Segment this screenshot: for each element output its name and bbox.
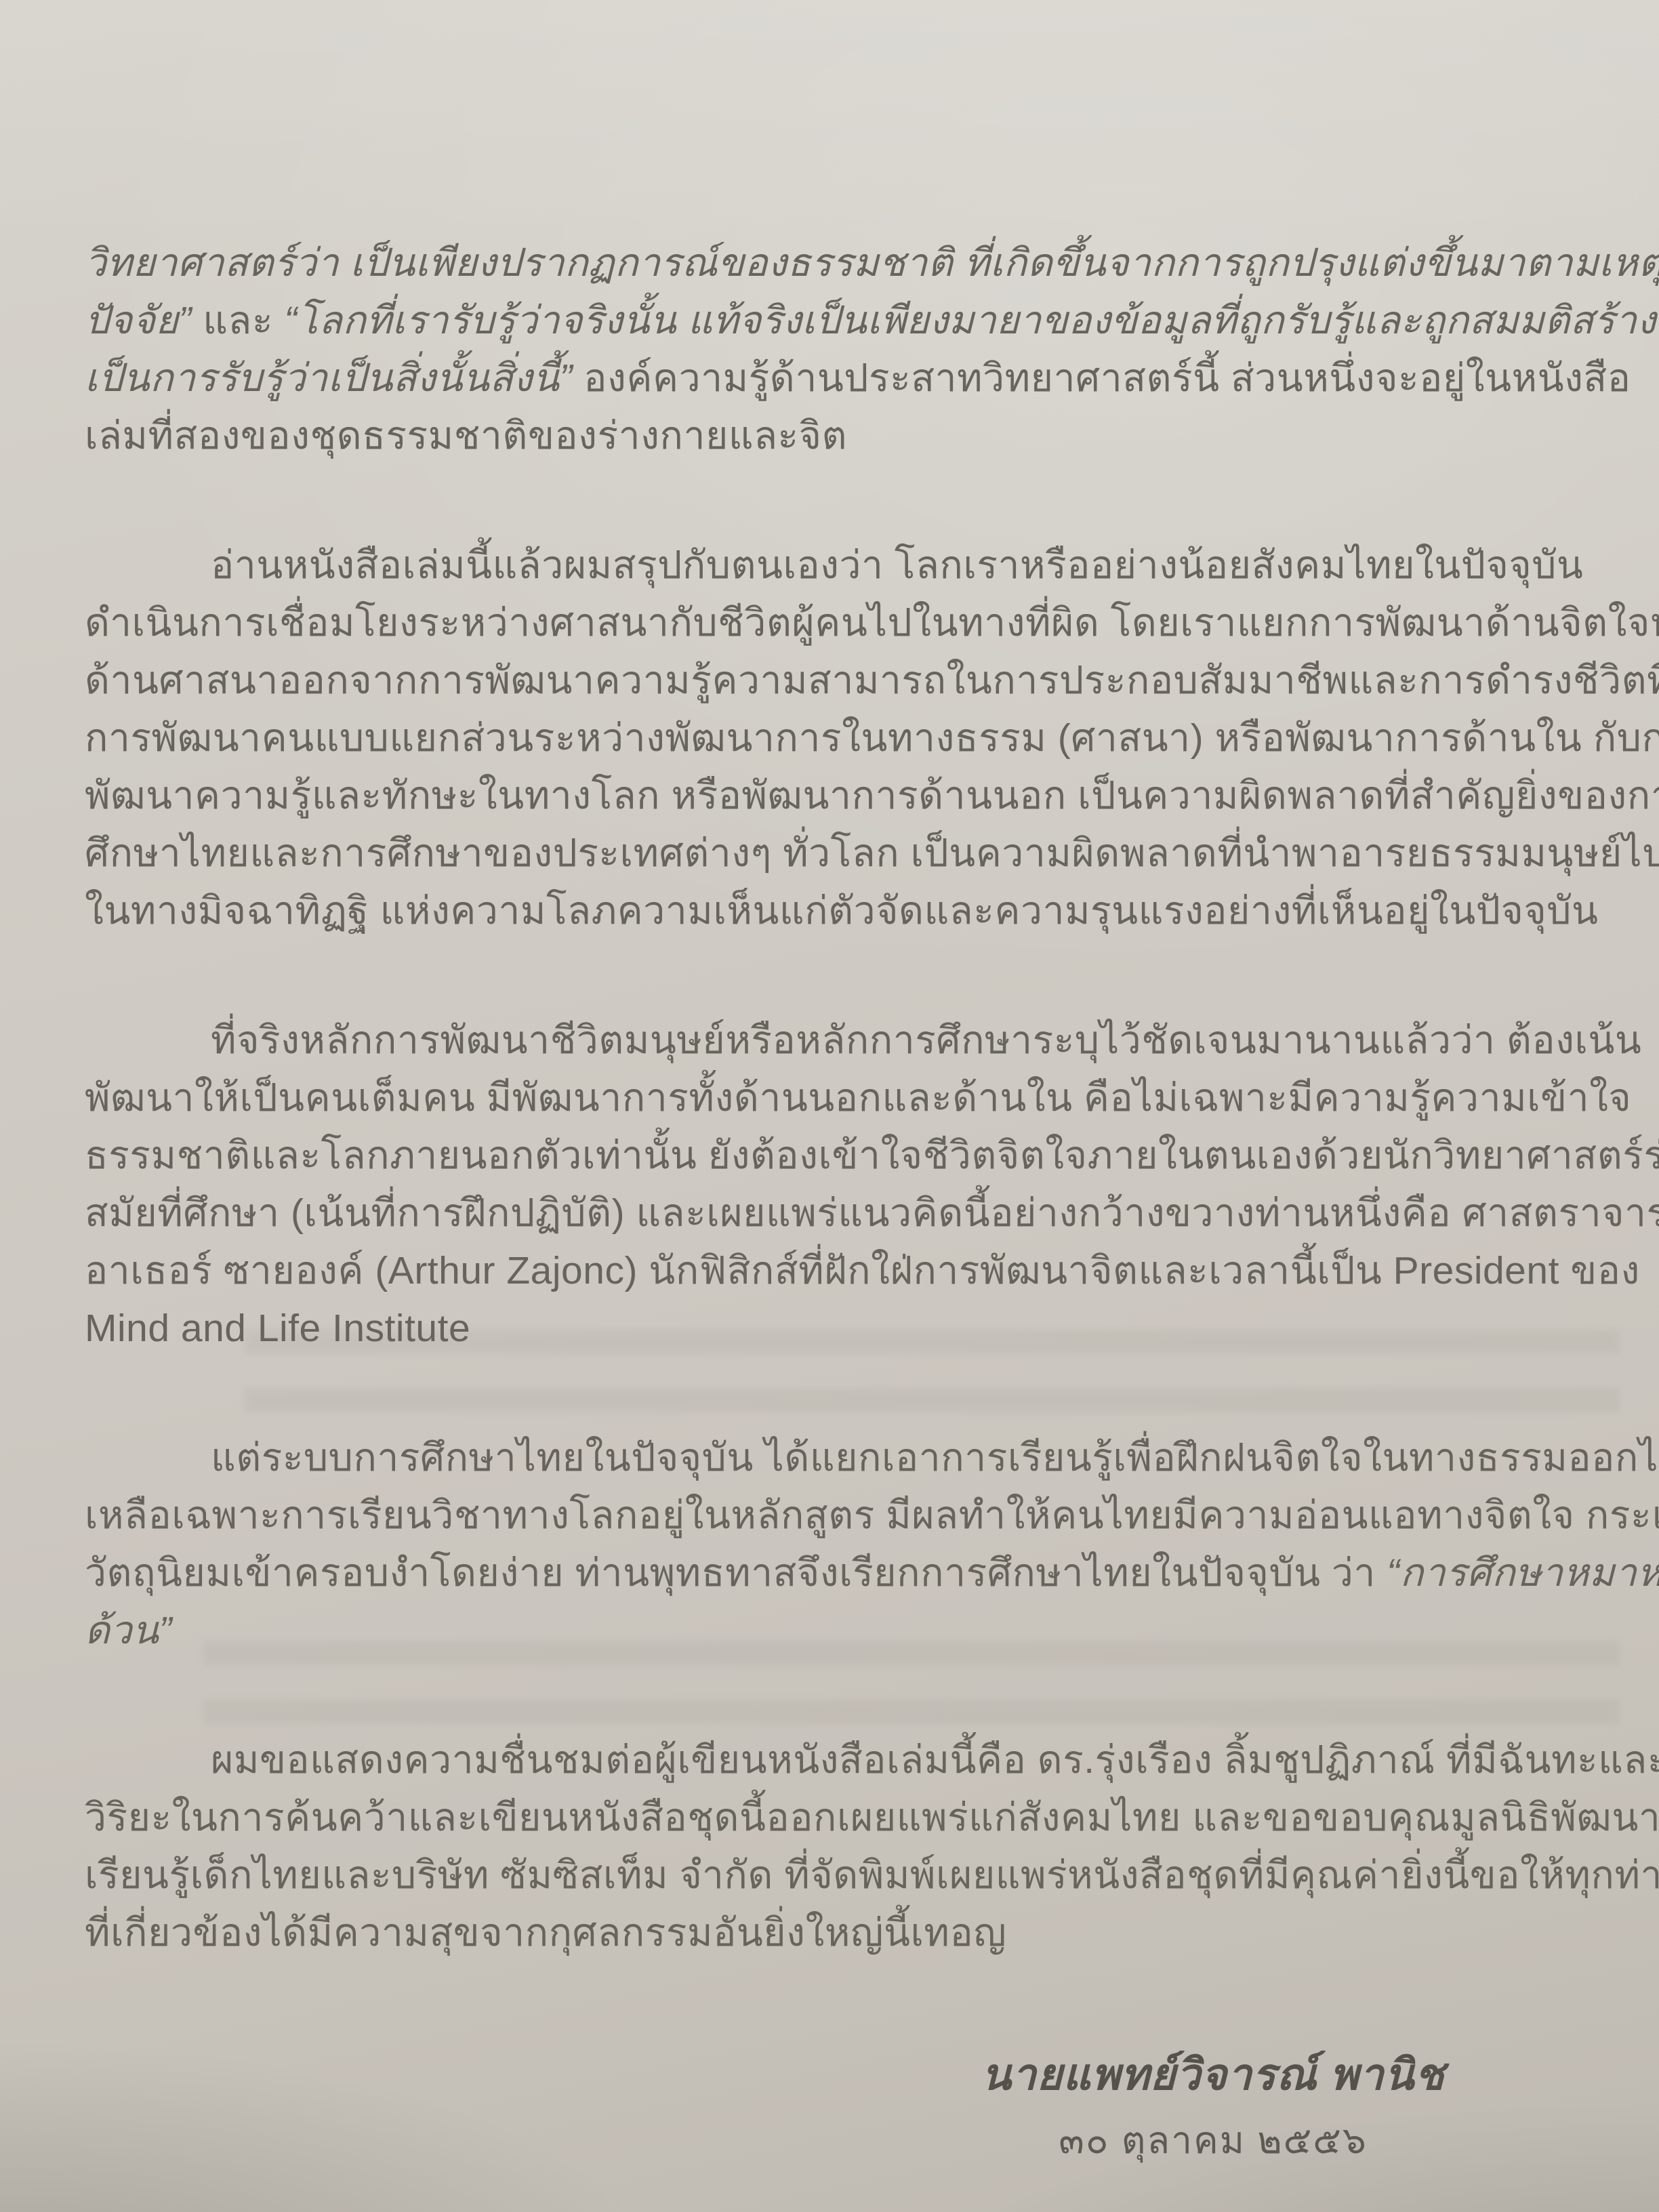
- signature-date: ๓๐ ตุลาคม ๒๕๕๖: [962, 2118, 1464, 2162]
- text-segment: ธรรมชาติและโลกภายนอกตัวเท่านั้น ยังต้องเ…: [85, 1134, 1659, 1177]
- text-segment: ศึกษาไทยและการศึกษาของประเทศต่างๆ ทั่วโล…: [85, 832, 1659, 875]
- body-text: วิทยาศาสตร์ว่า เป็นเพียงปรากฏการณ์ของธรร…: [85, 234, 1624, 1962]
- text-line: ที่เกี่ยวข้องได้มีความสุขจากกุศลกรรมอันย…: [85, 1904, 1624, 1962]
- text-segment: “การศึกษาหมาหาง: [1387, 1551, 1659, 1595]
- paragraph-3: ที่จริงหลักการพัฒนาชีวิตมนุษย์หรือหลักกา…: [85, 1012, 1624, 1357]
- paragraph-1: วิทยาศาสตร์ว่า เป็นเพียงปรากฏการณ์ของธรร…: [85, 234, 1624, 465]
- text-line: เหลือเฉพาะการเรียนวิชาทางโลกอยู่ในหลักสู…: [85, 1487, 1624, 1544]
- text-line: ในทางมิจฉาทิฏฐิ แห่งความโลภความเห็นแก่ตั…: [85, 882, 1624, 940]
- text-segment: ดำเนินการเชื่อมโยงระหว่างศาสนากับชีวิตผู…: [85, 601, 1659, 644]
- text-segment: เหลือเฉพาะการเรียนวิชาทางโลกอยู่ในหลักสู…: [85, 1494, 1659, 1537]
- text-line: ดำเนินการเชื่อมโยงระหว่างศาสนากับชีวิตผู…: [85, 594, 1624, 652]
- text-line: Mind and Life Institute: [85, 1300, 1624, 1357]
- text-segment: ที่เกี่ยวข้องได้มีความสุขจากกุศลกรรมอันย…: [85, 1911, 1006, 1954]
- text-line: วิริยะในการค้นคว้าและเขียนหนังสือชุดนี้อ…: [85, 1789, 1624, 1847]
- text-segment: ด้วน”: [85, 1609, 172, 1652]
- text-line: ธรรมชาติและโลกภายนอกตัวเท่านั้น ยังต้องเ…: [85, 1127, 1624, 1185]
- text-line: เรียนรู้เด็กไทยและบริษัท ซัมซิสเท็ม จำกั…: [85, 1847, 1624, 1904]
- text-line: เล่มที่สองของชุดธรรมชาติของร่างกายและจิต: [85, 407, 1624, 465]
- text-line: อ่านหนังสือเล่มนี้แล้วผมสรุปกับตนเองว่า …: [85, 537, 1624, 594]
- text-segment: วิทยาศาสตร์ว่า เป็นเพียงปรากฏการณ์ของธรร…: [85, 241, 1659, 285]
- text-line: ที่จริงหลักการพัฒนาชีวิตมนุษย์หรือหลักกา…: [85, 1012, 1624, 1069]
- text-line: ศึกษาไทยและการศึกษาของประเทศต่างๆ ทั่วโล…: [85, 825, 1624, 882]
- text-line: วิทยาศาสตร์ว่า เป็นเพียงปรากฏการณ์ของธรร…: [85, 234, 1624, 292]
- text-line: ปัจจัย” และ “โลกที่เรารับรู้ว่าจริงนั้น …: [85, 292, 1624, 350]
- text-segment: ผมขอแสดงความชื่นชมต่อผู้เขียนหนังสือเล่ม…: [211, 1738, 1659, 1782]
- text-line: ผมขอแสดงความชื่นชมต่อผู้เขียนหนังสือเล่ม…: [85, 1732, 1624, 1789]
- text-segment: อาเธอร์ ซายองค์ (Arthur Zajonc) นักฟิสิก…: [85, 1249, 1640, 1292]
- text-segment: วัตถุนิยมเข้าครอบงำโดยง่าย ท่านพุทธทาสจึ…: [85, 1551, 1387, 1595]
- text-segment: ที่จริงหลักการพัฒนาชีวิตมนุษย์หรือหลักกา…: [211, 1019, 1641, 1062]
- text-segment: ด้านศาสนาออกจากการพัฒนาความรู้ความสามารถ…: [85, 659, 1659, 702]
- text-line: การพัฒนาคนแบบแยกส่วนระหว่างพัฒนาการในทาง…: [85, 710, 1624, 767]
- text-segment: พัฒนาความรู้และทักษะในทางโลก หรือพัฒนากา…: [85, 774, 1659, 817]
- text-line: ด้านศาสนาออกจากการพัฒนาความรู้ความสามารถ…: [85, 652, 1624, 710]
- text-segment: องค์ความรู้ด้านประสาทวิทยาศาสตร์นี้ ส่วน…: [573, 356, 1631, 400]
- text-segment: สมัยที่ศึกษา (เน้นที่การฝึกปฏิบัติ) และเ…: [85, 1191, 1659, 1235]
- text-segment: แต่ระบบการศึกษาไทยในปัจจุบัน ได้แยกเอากา…: [211, 1436, 1659, 1479]
- text-line: วัตถุนิยมเข้าครอบงำโดยง่าย ท่านพุทธทาสจึ…: [85, 1544, 1624, 1602]
- text-line: พัฒนาให้เป็นคนเต็มคน มีพัฒนาการทั้งด้านน…: [85, 1069, 1624, 1127]
- text-line: ด้วน”: [85, 1602, 1624, 1660]
- text-line: อาเธอร์ ซายองค์ (Arthur Zajonc) นักฟิสิก…: [85, 1242, 1624, 1300]
- text-segment: “โลกที่เรารับรู้ว่าจริงนั้น แท้จริงเป็นเ…: [284, 299, 1656, 342]
- book-page-photo: วิทยาศาสตร์ว่า เป็นเพียงปรากฏการณ์ของธรร…: [0, 0, 1659, 2212]
- signature-block: นายแพทย์วิจารณ์ พานิช ๓๐ ตุลาคม ๒๕๕๖: [962, 2048, 1464, 2162]
- paragraph-5: ผมขอแสดงความชื่นชมต่อผู้เขียนหนังสือเล่ม…: [85, 1732, 1624, 1962]
- text-line: พัฒนาความรู้และทักษะในทางโลก หรือพัฒนากา…: [85, 767, 1624, 825]
- text-segment: วิริยะในการค้นคว้าและเขียนหนังสือชุดนี้อ…: [85, 1796, 1659, 1839]
- text-segment: Mind and Life Institute: [85, 1307, 470, 1350]
- signature-name: นายแพทย์วิจารณ์ พานิช: [962, 2048, 1464, 2101]
- paragraph-2: อ่านหนังสือเล่มนี้แล้วผมสรุปกับตนเองว่า …: [85, 537, 1624, 940]
- text-segment: ปัจจัย”: [85, 299, 192, 342]
- text-line: เป็นการรับรู้ว่าเป็นสิ่งนั้นสิ่งนี้” องค…: [85, 350, 1624, 407]
- text-segment: ในทางมิจฉาทิฏฐิ แห่งความโลภความเห็นแก่ตั…: [85, 889, 1598, 933]
- text-segment: และ: [192, 299, 284, 342]
- text-segment: การพัฒนาคนแบบแยกส่วนระหว่างพัฒนาการในทาง…: [85, 716, 1659, 760]
- text-line: สมัยที่ศึกษา (เน้นที่การฝึกปฏิบัติ) และเ…: [85, 1185, 1624, 1242]
- text-line: แต่ระบบการศึกษาไทยในปัจจุบัน ได้แยกเอากา…: [85, 1429, 1624, 1487]
- text-segment: เป็นการรับรู้ว่าเป็นสิ่งนั้นสิ่งนี้”: [85, 356, 573, 400]
- text-segment: เล่มที่สองของชุดธรรมชาติของร่างกายและจิต: [85, 414, 847, 457]
- text-segment: พัฒนาให้เป็นคนเต็มคน มีพัฒนาการทั้งด้านน…: [85, 1076, 1631, 1120]
- text-segment: อ่านหนังสือเล่มนี้แล้วผมสรุปกับตนเองว่า …: [211, 544, 1583, 587]
- text-segment: เรียนรู้เด็กไทยและบริษัท ซัมซิสเท็ม จำกั…: [85, 1853, 1659, 1897]
- paragraph-4: แต่ระบบการศึกษาไทยในปัจจุบัน ได้แยกเอากา…: [85, 1429, 1624, 1660]
